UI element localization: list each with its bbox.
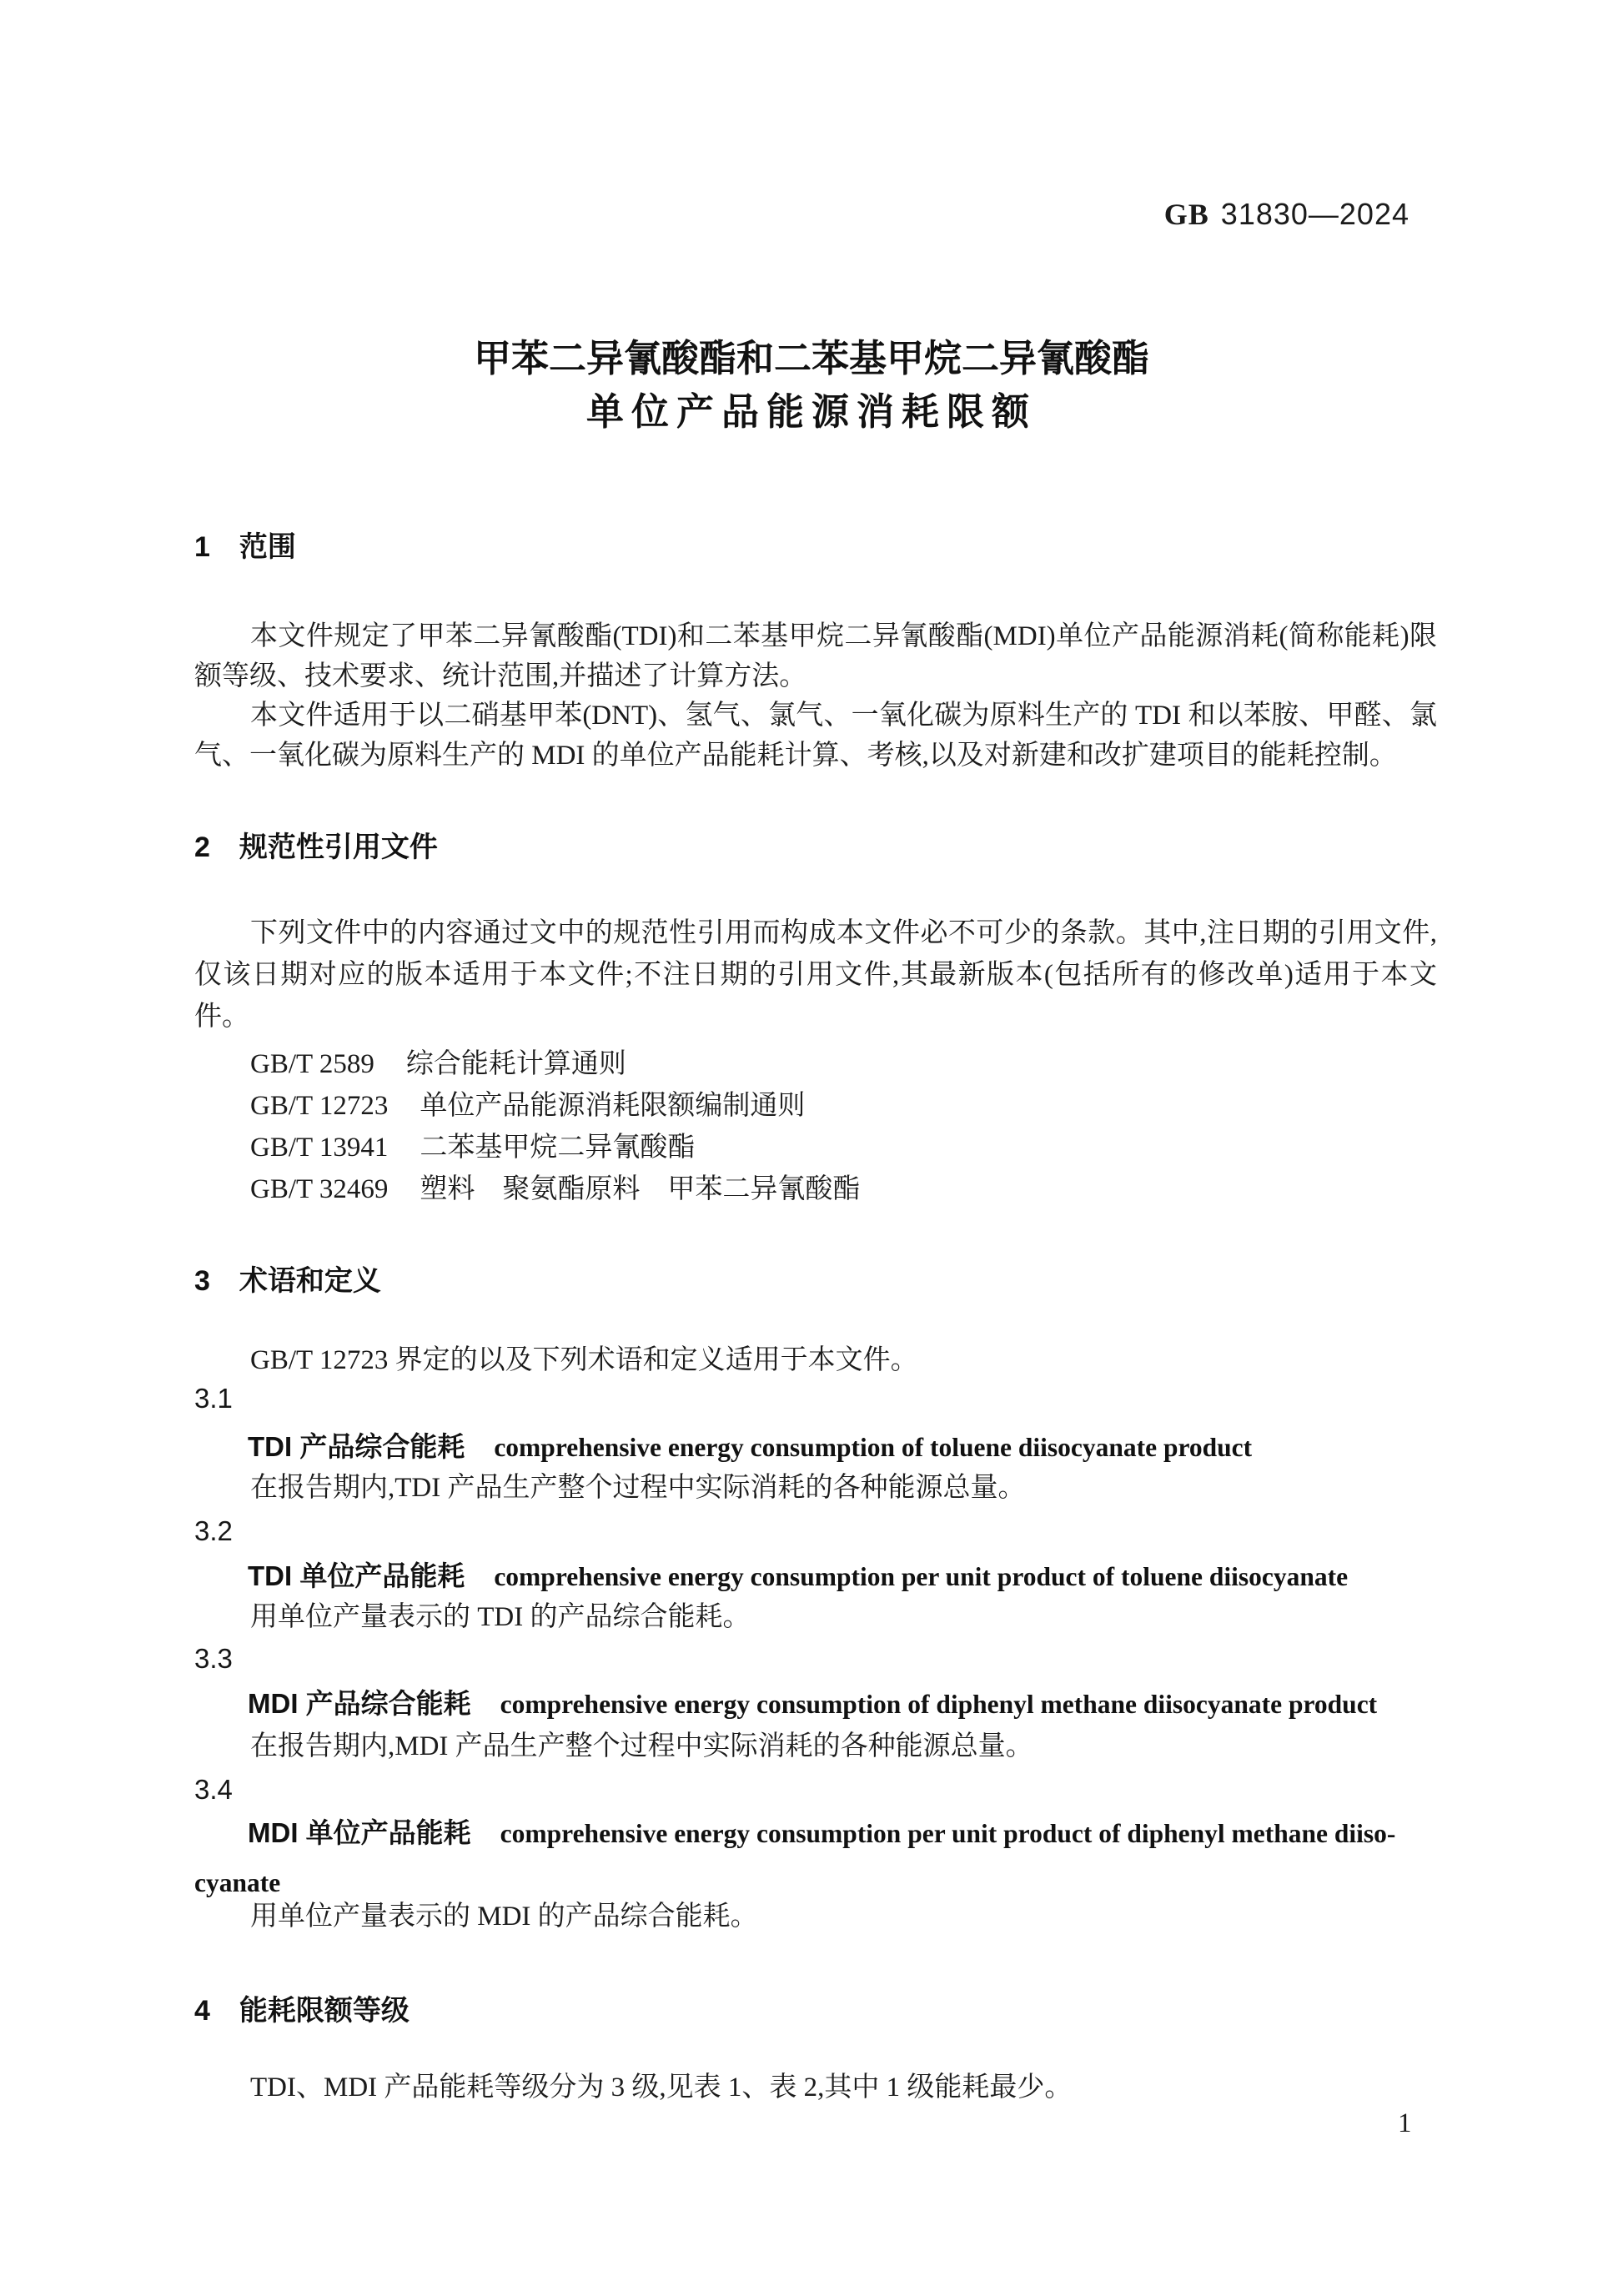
reference-title: 单位产品能源消耗限额编制通则	[420, 1091, 805, 1121]
section-1-paragraph-2: 本文件适用于以二硝基甲苯(DNT)、氢气、氯气、一氧化碳为原料生产的 TDI 和…	[194, 696, 1437, 776]
section-3-heading: 3术语和定义	[194, 1258, 381, 1299]
document-title: 甲苯二异氰酸酯和二苯基甲烷二异氰酸酯 单位产品能源消耗限额	[0, 332, 1623, 439]
page-number: 1	[1398, 2108, 1412, 2139]
term-chinese: TDI 单位产品能耗	[248, 1560, 465, 1591]
reference-code: GB/T 12723	[250, 1091, 388, 1121]
term-line: TDI 单位产品能耗comprehensive energy consumpti…	[194, 1555, 1445, 1594]
term-definition-3-3: 在报告期内,MDI 产品生产整个过程中实际消耗的各种能源总量。	[250, 1724, 1443, 1763]
section-1-paragraph-1: 本文件规定了甲苯二异氰酸酯(TDI)和二苯基甲烷二异氰酸酯(MDI)单位产品能源…	[194, 616, 1437, 696]
section-4-paragraph: TDI、MDI 产品能耗等级分为 3 级,见表 1、表 2,其中 1 级能耗最少…	[194, 2067, 1437, 2108]
section-3-number: 3	[194, 1265, 210, 1298]
section-4-heading: 4能耗限额等级	[194, 1987, 410, 2028]
term-line: MDI 单位产品能耗comprehensive energy consumpti…	[194, 1811, 1445, 1851]
term-english-line1: comprehensive energy consumption per uni…	[500, 1819, 1396, 1848]
section-3-title: 术语和定义	[239, 1265, 381, 1297]
section-3-intro: GB/T 12723 界定的以及下列术语和定义适用于本文件。	[250, 1338, 918, 1377]
clause-label-3-4: 3.4	[194, 1774, 233, 1806]
term-definition-3-1: 在报告期内,TDI 产品生产整个过程中实际消耗的各种能源总量。	[250, 1465, 1443, 1505]
document-page: GB31830—2024 甲苯二异氰酸酯和二苯基甲烷二异氰酸酯 单位产品能源消耗…	[0, 0, 1623, 2296]
document-title-line2: 单位产品能源消耗限额	[0, 385, 1623, 439]
term-entry-3-4: MDI 单位产品能耗comprehensive energy consumpti…	[194, 1811, 1445, 1898]
standard-number: GB31830—2024	[1164, 197, 1409, 232]
term-english: comprehensive energy consumption per uni…	[494, 1562, 1348, 1591]
standard-code-number: 31830—2024	[1221, 197, 1409, 231]
reference-item: GB/T 2589综合能耗计算通则	[250, 1043, 860, 1085]
reference-item: GB/T 12723单位产品能源消耗限额编制通则	[250, 1085, 860, 1127]
document-title-line1: 甲苯二异氰酸酯和二苯基甲烷二异氰酸酯	[0, 332, 1623, 385]
reference-code: GB/T 32469	[250, 1174, 388, 1204]
section-1-title: 范围	[239, 531, 296, 563]
term-chinese: MDI 单位产品能耗	[248, 1817, 471, 1848]
clause-label-3-2: 3.2	[194, 1515, 233, 1547]
reference-item: GB/T 13941二苯基甲烷二异氰酸酯	[250, 1127, 860, 1168]
section-4-number: 4	[194, 1995, 210, 2027]
term-english: comprehensive energy consumption of tolu…	[494, 1433, 1252, 1462]
reference-code: GB/T 13941	[250, 1133, 388, 1163]
term-entry-3-3: MDI 产品综合能耗comprehensive energy consumpti…	[194, 1682, 1445, 1721]
reference-title: 综合能耗计算通则	[406, 1049, 626, 1079]
reference-title: 二苯基甲烷二异氰酸酯	[420, 1133, 695, 1163]
section-2-heading: 2规范性引用文件	[194, 824, 438, 865]
reference-title: 塑料 聚氨酯原料 甲苯二异氰酸酯	[420, 1174, 860, 1204]
reference-code: GB/T 2589	[250, 1049, 374, 1079]
term-line: MDI 产品综合能耗comprehensive energy consumpti…	[194, 1682, 1445, 1721]
standard-code-prefix: GB	[1164, 198, 1209, 231]
term-entry-3-2: TDI 单位产品能耗comprehensive energy consumpti…	[194, 1555, 1445, 1594]
term-english: comprehensive energy consumption of diph…	[500, 1690, 1378, 1719]
section-2-paragraph: 下列文件中的内容通过文中的规范性引用而构成本文件必不可少的条款。其中,注日期的引…	[194, 912, 1437, 1037]
clause-label-3-1: 3.1	[194, 1383, 233, 1414]
term-entry-3-1: TDI 产品综合能耗comprehensive energy consumpti…	[194, 1425, 1445, 1465]
term-definition-3-2: 用单位产量表示的 TDI 的产品综合能耗。	[250, 1595, 1443, 1634]
reference-item: GB/T 32469塑料 聚氨酯原料 甲苯二异氰酸酯	[250, 1168, 860, 1210]
term-chinese: TDI 产品综合能耗	[248, 1431, 465, 1462]
section-1-number: 1	[194, 531, 210, 564]
clause-label-3-3: 3.3	[194, 1643, 233, 1675]
section-1-heading: 1范围	[194, 524, 296, 565]
section-2-title: 规范性引用文件	[239, 831, 438, 863]
section-4-title: 能耗限额等级	[239, 1995, 410, 2027]
term-chinese: MDI 产品综合能耗	[248, 1688, 471, 1719]
section-2-number: 2	[194, 831, 210, 864]
term-line: TDI 产品综合能耗comprehensive energy consumpti…	[194, 1425, 1445, 1465]
term-definition-3-4: 用单位产量表示的 MDI 的产品综合能耗。	[250, 1894, 1443, 1933]
normative-reference-list: GB/T 2589综合能耗计算通则 GB/T 12723单位产品能源消耗限额编制…	[250, 1043, 860, 1210]
